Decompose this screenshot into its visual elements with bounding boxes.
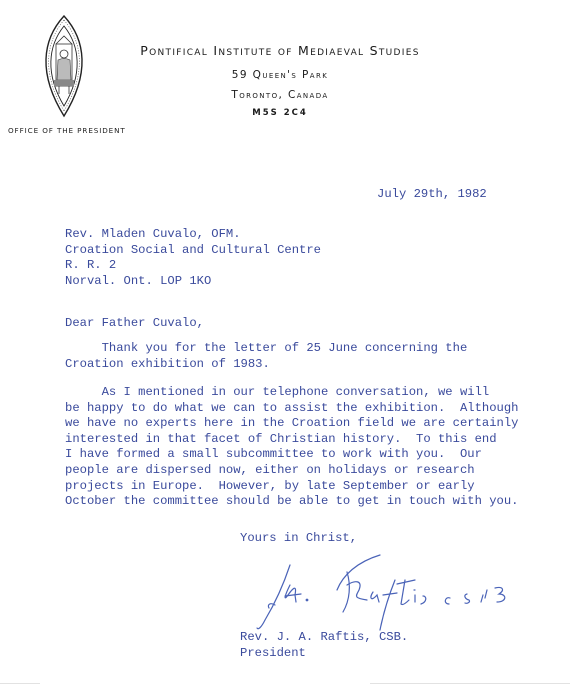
paragraph-line: interested in that facet of Christian hi… (65, 432, 518, 448)
paragraph-line: Thank you for the letter of 25 June conc… (65, 341, 467, 357)
closing: Yours in Christ, (240, 531, 357, 547)
address-postal-code: M5S 2C4 (120, 108, 440, 118)
paragraph-line: Croation exhibition of 1983. (65, 357, 467, 373)
institute-seal-icon (32, 14, 96, 118)
signatory-block: Rev. J. A. Raftis, CSB.President (240, 630, 408, 661)
recipient-line: Rev. Mladen Cuvalo, OFM. (65, 227, 321, 243)
handwritten-signature-icon (255, 550, 584, 635)
recipient-address: Rev. Mladen Cuvalo, OFM.Croation Social … (65, 227, 321, 289)
paragraph-line: people are dispersed now, either on holi… (65, 463, 518, 479)
signatory-line: President (240, 646, 408, 662)
address-city: Toronto, Canada (120, 89, 440, 101)
letter-date: July 29th, 1982 (377, 187, 487, 203)
recipient-line: R. R. 2 (65, 258, 321, 274)
address-street: 59 Queen's Park (120, 69, 440, 81)
office-of-the-president: OFFICE OF THE PRESIDENT (8, 126, 126, 135)
paragraph-line: projects in Europe. However, by late Sep… (65, 479, 518, 495)
paragraph-1: Thank you for the letter of 25 June conc… (65, 341, 467, 372)
paragraph-line: As I mentioned in our telephone conversa… (65, 385, 518, 401)
salutation: Dear Father Cuvalo, (65, 316, 204, 332)
recipient-line: Norval. Ont. LOP 1KO (65, 274, 321, 290)
paragraph-line: be happy to do what we can to assist the… (65, 401, 518, 417)
paragraph-line: October the committee should be able to … (65, 494, 518, 510)
paragraph-line: we have no experts here in the Croation … (65, 416, 518, 432)
paragraph-line: I have formed a small subcommittee to wo… (65, 447, 518, 463)
paper-edge (0, 683, 40, 684)
signatory-line: Rev. J. A. Raftis, CSB. (240, 630, 408, 646)
paper-edge (370, 683, 570, 684)
institution-name: Pontifical Institute of Mediaeval Studie… (120, 43, 440, 58)
recipient-line: Croation Social and Cultural Centre (65, 243, 321, 259)
paragraph-2: As I mentioned in our telephone conversa… (65, 385, 518, 510)
